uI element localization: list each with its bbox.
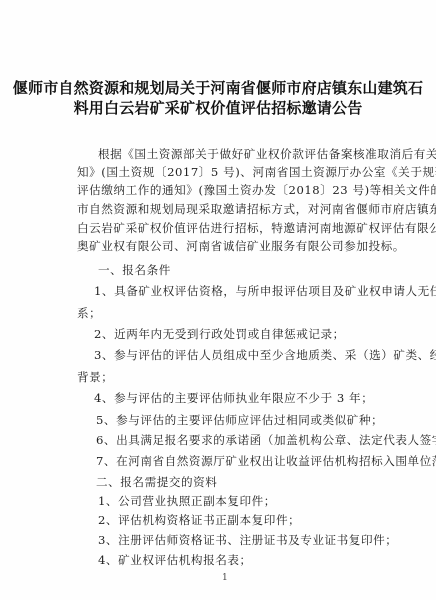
condition-item: 5、参与评估的主要评估师应评估过相同或类似矿种； [96, 413, 383, 427]
condition-item: 2、近两年内无受到行政处罚或自律惩戒记录； [94, 327, 345, 341]
material-item: 4、矿业权评估机构报名表； [98, 553, 252, 567]
page-number: 1 [222, 572, 228, 584]
material-item: 1、公司营业执照正副本复印件； [98, 494, 276, 508]
document-page: 偃师市自然资源和规划局关于河南省偃师市府店镇东山建筑石 料用白云岩矿采矿权价值评… [0, 0, 436, 600]
body-paragraph-line: 市自然资源和规划局现采取邀请招标方式，对河南省偃师市府店镇东山建筑石料用 [77, 202, 436, 216]
condition-item-continuation: 系； [77, 306, 101, 320]
condition-item: 6、出具满足报名要求的承诺函（加盖机构公章、法定代表人签字）。 [96, 433, 436, 447]
condition-item: 7、在河南省自然资源厅矿业权出让收益评估机构招标入围单位范围内。 [96, 454, 436, 468]
material-item: 2、评估机构资格证书正副本复印件； [98, 513, 300, 527]
body-paragraph-line: 奥矿业权有限公司、河南省诚信矿业服务有限公司参加投标。 [77, 239, 405, 253]
document-title-line-2: 料用白云岩矿采矿权价值评估招标邀请公告 [0, 99, 436, 117]
document-title-line-1: 偃师市自然资源和规划局关于河南省偃师市府店镇东山建筑石 [0, 79, 436, 97]
condition-item: 1、具备矿业权评估资格，与所申报评估项目及矿业权申请人无任何利害关 [94, 284, 436, 298]
condition-item-continuation: 背景； [77, 370, 113, 384]
body-paragraph-line: 根据《国土资源部关于做好矿业权价款评估备案核准取消后有关工作的通 [98, 147, 436, 161]
body-paragraph-line: 评估缴纳工作的通知》(豫国土资办发〔2018〕23 号)等相关文件的要求，偃师 [77, 183, 436, 197]
condition-item: 3、参与评估的评估人员组成中至少含地质类、采（选）矿类、经济类专业 [94, 348, 436, 362]
material-item: 3、注册评估师资格证书、注册证书及专业证书复印件； [98, 533, 397, 547]
section-heading-required-materials: 二、报名需提交的资料 [96, 475, 217, 489]
body-paragraph-line: 白云岩矿采矿权价值评估进行招标，特邀请河南地源矿权评估有限公司、河南瑞 [77, 221, 436, 235]
section-heading-registration-conditions: 一、报名条件 [98, 263, 171, 277]
condition-item: 4、参与评估的主要评估师执业年限应不少于 3 年； [94, 391, 373, 405]
body-paragraph-line: 知》(国土资规〔2017〕5 号)、河南省国土资源厅办公室《关于规范矿业权价款 [77, 165, 436, 179]
